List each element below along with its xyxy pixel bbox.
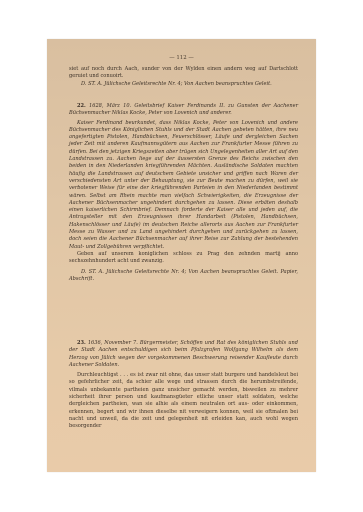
document-23-number: 23. — [77, 340, 86, 346]
document-23-heading: 23. 1636, November 7. Bürgermeister, Sch… — [69, 340, 298, 369]
document-22-source: D. ST. A. Jülichsche Geleitsrechte Nr. 4… — [69, 269, 298, 284]
document-22-summary: Kaiser Ferdinand beurkundet, dass Niklas… — [69, 120, 298, 251]
document-23-body: Durchleuchtigst . . . es ist zwar nit oh… — [69, 372, 298, 430]
continuation-text: siet auf noch durch Aach, sunder von der… — [69, 66, 298, 81]
page-number: — 112 — — [47, 55, 316, 61]
document-23: 23. 1636, November 7. Bürgermeister, Sch… — [69, 340, 298, 431]
document-22-heading-text: 1628, März 10. Geleitsbrief Kaiser Ferdi… — [69, 103, 298, 116]
document-22: 22. 1628, März 10. Geleitsbrief Kaiser F… — [69, 103, 298, 283]
scanned-page: — 112 — siet auf noch durch Aach, sunder… — [47, 39, 316, 472]
document-22-number: 22. — [77, 103, 86, 109]
document-22-heading: 22. 1628, März 10. Geleitsbrief Kaiser F… — [69, 103, 298, 118]
document-23-heading-text: 1636, November 7. Bürgermeister, Schöffe… — [69, 340, 298, 368]
document-22-closing: Geben auf unserem koniglichen schloss zu… — [69, 251, 298, 266]
source-citation: D. ST. A. Jülichsche Geleitsrechte Nr. 4… — [69, 81, 298, 88]
continuation-block: siet auf noch durch Aach, sunder von der… — [69, 66, 298, 88]
